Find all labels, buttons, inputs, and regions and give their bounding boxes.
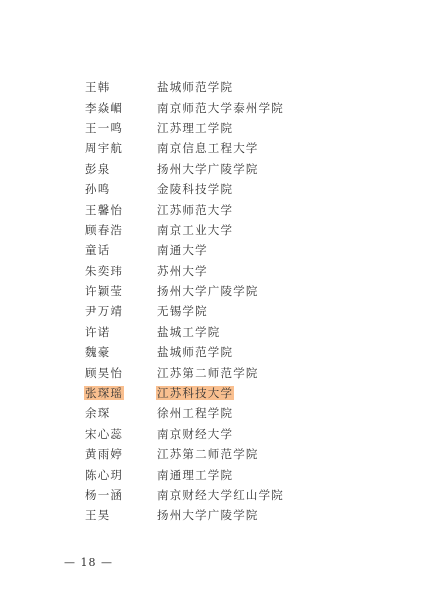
list-row: 童话南通大学 bbox=[84, 240, 285, 260]
person-name: 陈心玥 bbox=[84, 468, 124, 482]
list-row: 朱奕玮苏州大学 bbox=[84, 261, 285, 281]
institution-name: 江苏理工学院 bbox=[156, 121, 234, 135]
institution-name: 扬州大学广陵学院 bbox=[156, 284, 260, 298]
institution-name: 南通大学 bbox=[156, 243, 209, 257]
institution-name: 江苏第二师范学院 bbox=[156, 447, 260, 461]
institution-name: 扬州大学广陵学院 bbox=[156, 508, 260, 522]
institution-name: 南京工业大学 bbox=[156, 223, 234, 237]
name-list: 王韩盐城师范学院 李焱嵋南京师范大学泰州学院 王一鸣江苏理工学院 周宇航南京信息… bbox=[84, 77, 285, 526]
person-name: 尹万靖 bbox=[84, 304, 124, 318]
institution-name: 盐城师范学院 bbox=[156, 80, 234, 94]
person-name: 宋心蕊 bbox=[84, 427, 124, 441]
person-name: 王一鸣 bbox=[84, 121, 124, 135]
institution-name: 盐城工学院 bbox=[156, 325, 222, 339]
person-name: 孙鸣 bbox=[84, 182, 111, 196]
institution-name: 南通理工学院 bbox=[156, 468, 234, 482]
person-name-highlighted: 张琛瑶 bbox=[84, 386, 124, 400]
person-name: 童话 bbox=[84, 243, 111, 257]
list-row: 尹万靖无锡学院 bbox=[84, 301, 285, 321]
institution-name: 盐城师范学院 bbox=[156, 345, 234, 359]
page-number: — 18 — bbox=[64, 556, 113, 569]
person-name: 余琛 bbox=[84, 406, 111, 420]
person-name: 王馨怡 bbox=[84, 203, 124, 217]
list-row: 余琛徐州工程学院 bbox=[84, 403, 285, 423]
list-row: 孙鸣金陵科技学院 bbox=[84, 179, 285, 199]
list-row: 许诺盐城工学院 bbox=[84, 322, 285, 342]
person-name: 王昊 bbox=[84, 508, 111, 522]
institution-name: 南京财经大学 bbox=[156, 427, 234, 441]
list-row-highlighted: 张琛瑶江苏科技大学 bbox=[84, 383, 285, 403]
list-row: 宋心蕊南京财经大学 bbox=[84, 424, 285, 444]
institution-name: 无锡学院 bbox=[156, 304, 209, 318]
person-name: 黄雨婷 bbox=[84, 447, 124, 461]
list-row: 杨一涵南京财经大学红山学院 bbox=[84, 485, 285, 505]
person-name: 周宇航 bbox=[84, 141, 124, 155]
person-name: 许颖莹 bbox=[84, 284, 124, 298]
person-name: 魏豪 bbox=[84, 345, 111, 359]
institution-name: 南京师范大学泰州学院 bbox=[156, 101, 285, 115]
institution-name: 南京财经大学红山学院 bbox=[156, 488, 285, 502]
person-name: 许诺 bbox=[84, 325, 111, 339]
person-name: 顾昊怡 bbox=[84, 366, 124, 380]
institution-name: 金陵科技学院 bbox=[156, 182, 234, 196]
list-row: 彭泉扬州大学广陵学院 bbox=[84, 159, 285, 179]
list-row: 周宇航南京信息工程大学 bbox=[84, 138, 285, 158]
list-row: 顾昊怡江苏第二师范学院 bbox=[84, 362, 285, 382]
list-row: 魏豪盐城师范学院 bbox=[84, 342, 285, 362]
person-name: 顾春浩 bbox=[84, 223, 124, 237]
list-row: 陈心玥南通理工学院 bbox=[84, 464, 285, 484]
institution-name: 江苏第二师范学院 bbox=[156, 366, 260, 380]
institution-name: 徐州工程学院 bbox=[156, 406, 234, 420]
institution-name: 扬州大学广陵学院 bbox=[156, 162, 260, 176]
person-name: 李焱嵋 bbox=[84, 101, 124, 115]
list-row: 王昊扬州大学广陵学院 bbox=[84, 505, 285, 525]
institution-name: 江苏师范大学 bbox=[156, 203, 234, 217]
list-row: 王馨怡江苏师范大学 bbox=[84, 199, 285, 219]
person-name: 彭泉 bbox=[84, 162, 111, 176]
list-row: 许颖莹扬州大学广陵学院 bbox=[84, 281, 285, 301]
institution-name: 苏州大学 bbox=[156, 264, 209, 278]
list-row: 顾春浩南京工业大学 bbox=[84, 220, 285, 240]
institution-name: 南京信息工程大学 bbox=[156, 141, 260, 155]
list-row: 李焱嵋南京师范大学泰州学院 bbox=[84, 97, 285, 117]
person-name: 杨一涵 bbox=[84, 488, 124, 502]
list-row: 王韩盐城师范学院 bbox=[84, 77, 285, 97]
institution-name-highlighted: 江苏科技大学 bbox=[156, 386, 234, 400]
list-row: 黄雨婷江苏第二师范学院 bbox=[84, 444, 285, 464]
person-name: 王韩 bbox=[84, 80, 111, 94]
person-name: 朱奕玮 bbox=[84, 264, 124, 278]
list-row: 王一鸣江苏理工学院 bbox=[84, 118, 285, 138]
